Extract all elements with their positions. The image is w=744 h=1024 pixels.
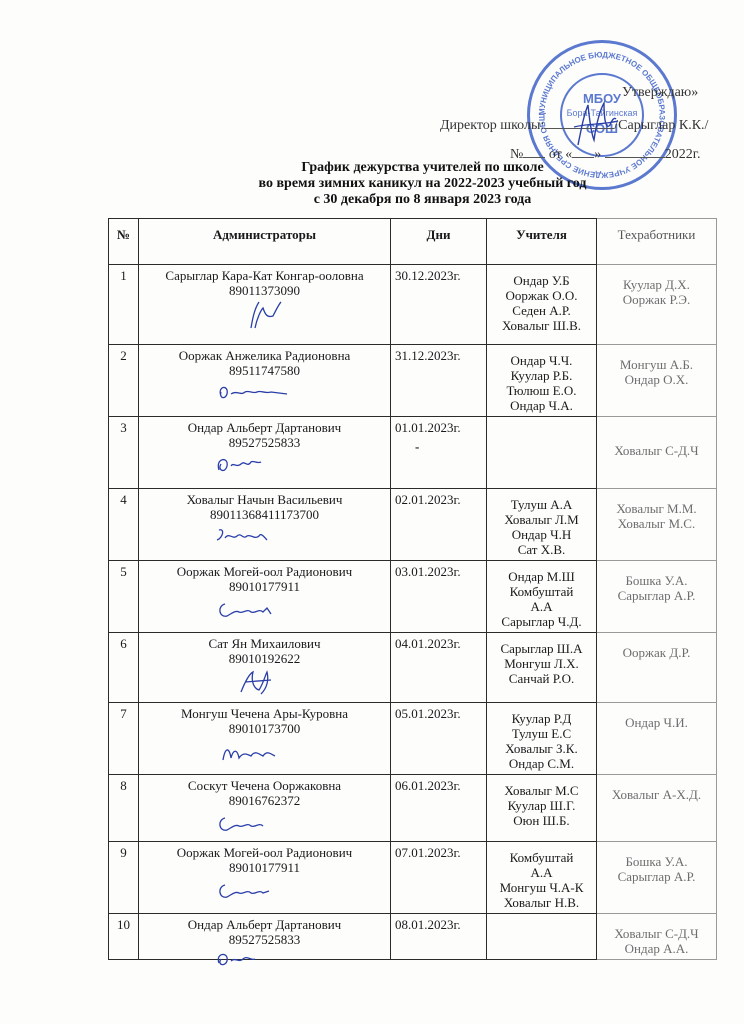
teacher-name: Сат Х.В. [490,542,593,557]
tech-cell: Куулар Д.Х.Ооржак Р.Э. [597,265,717,345]
teacher-name: Ондар У.Б [490,273,593,288]
table-row: 1Сарыглар Кара-Кат Конгар-ооловна8901137… [109,265,717,345]
teacher-name: Ондар Ч.Ч. [490,353,593,368]
day-cell: 06.01.2023г. [391,775,487,842]
tech-worker-name: Ховалыг С-Д.Ч [600,443,713,458]
day-cell: 01.01.2023г.- [391,417,487,489]
admin-signature [142,875,387,905]
duty-date: 30.12.2023г. [395,268,461,283]
admin-cell: Ооржак Могей-оол Радионович89010177911 [139,842,391,914]
teachers-cell: Ховалыг М.СКуулар Ш.Г.Оюн Ш.Б. [487,775,597,842]
duty-date: 05.01.2023г. [395,706,461,721]
admin-signature [142,947,387,951]
admin-signature [142,666,387,696]
tech-worker-name: Ондар О.Х. [600,372,713,387]
teacher-name: А.А [490,599,593,614]
row-number: 9 [109,842,139,914]
tech-worker-name: Бошка У.А. [600,573,713,588]
director-label: Директор школы: [440,118,544,133]
teacher-name: Куулар Ш.Г. [490,798,593,813]
table-row: 4Ховалыг Начын Васильевич890113684111737… [109,489,717,561]
teachers-cell [487,914,597,960]
teacher-name: Ооржак О.О. [490,288,593,303]
tech-cell: Ховалыг А-Х.Д. [597,775,717,842]
admin-signature [142,522,387,552]
admin-cell: Сат Ян Михаилович89010192622 [139,633,391,703]
teachers-cell: Ондар Ч.Ч.Куулар Р.Б.Тюлюш Е.О.Ондар Ч.А… [487,345,597,417]
teachers-cell: КомбуштайА.АМонгуш Ч.А-КХовалыг Н.В. [487,842,597,914]
teacher-name: Тулуш А.А [490,497,593,512]
admin-name: Сарыглар Кара-Кат Конгар-ооловна [142,268,387,283]
teacher-name: Ондар С.М. [490,756,593,771]
approve-label: Утверждаю» [622,85,698,101]
row-number: 7 [109,703,139,775]
tech-cell: Ховалыг М.М.Ховалыг М.С. [597,489,717,561]
admin-signature [142,808,387,838]
order-year: 2022г. [665,147,701,162]
tech-worker-name: Ооржак Р.Э. [600,292,713,307]
admin-cell: Ооржак Анжелика Радионовна89511747580 [139,345,391,417]
row-number: 5 [109,561,139,633]
teachers-cell: Ондар У.БОоржак О.О.Седен А.Р.Ховалыг Ш.… [487,265,597,345]
table-row: 6Сат Ян Михаилович8901019262204.01.2023г… [109,633,717,703]
admin-phone: 89010177911 [142,860,387,875]
teacher-name: Ондар Ч.А. [490,398,593,413]
admin-phone: 89010173700 [142,721,387,736]
day-cell: 31.12.2023г. [391,345,487,417]
admin-name: Ховалыг Начын Васильевич [142,492,387,507]
teachers-cell: Тулуш А.АХовалыг Л.МОндар Ч.НСат Х.В. [487,489,597,561]
tech-cell: Ховалыг С-Д.Ч [597,417,717,489]
admin-name: Ондар Альберт Дартанович [142,917,387,932]
duty-date: 04.01.2023г. [395,636,461,651]
row-number: 10 [109,914,139,960]
day-cell: 03.01.2023г. [391,561,487,633]
table-row: 9Ооржак Могей-оол Радионович890101779110… [109,842,717,914]
day-cell: 04.01.2023г. [391,633,487,703]
teacher-name: Ондар М.Ш [490,569,593,584]
teacher-name: Комбуштай [490,584,593,599]
table-row: 3Ондар Альберт Дартанович8952752583301.0… [109,417,717,489]
tech-worker-name: Монгуш А.Б. [600,357,713,372]
admin-signature [142,378,387,408]
day-cell: 07.01.2023г. [391,842,487,914]
tech-worker-name: Ховалыг М.С. [600,516,713,531]
duty-date: 06.01.2023г. [395,778,461,793]
admin-name: Ооржак Могей-оол Радионович [142,564,387,579]
admin-phone: 89010192622 [142,651,387,666]
admin-name: Ооржак Анжелика Радионовна [142,348,387,363]
admin-cell: Ооржак Могей-оол Радионович89010177911 [139,561,391,633]
teachers-cell [487,417,597,489]
row-number: 6 [109,633,139,703]
teacher-name: Тюлюш Е.О. [490,383,593,398]
teacher-name: Комбуштай [490,850,593,865]
admin-phone: 89011373090 [142,283,387,298]
row-number: 4 [109,489,139,561]
tech-worker-name: Ооржак Д.Р. [600,645,713,660]
teacher-name: Ондар Ч.Н [490,527,593,542]
teachers-cell: Ондар М.ШКомбуштайА.АСарыглар Ч.Д. [487,561,597,633]
admin-signature [142,450,387,480]
tech-worker-name: Куулар Д.Х. [600,277,713,292]
tech-cell: Монгуш А.Б.Ондар О.Х. [597,345,717,417]
admin-cell: Монгуш Чечена Ары-Куровна89010173700 [139,703,391,775]
director-signature [570,95,620,155]
header-admins: Администраторы [139,219,391,265]
tech-cell: Ондар Ч.И. [597,703,717,775]
table-row: 5Ооржак Могей-оол Радионович890101779110… [109,561,717,633]
teacher-name: Оюн Ш.Б. [490,813,593,828]
row-number: 1 [109,265,139,345]
teacher-name: А.А [490,865,593,880]
duty-schedule-table: № Администраторы Дни Учителя Техработник… [108,218,717,960]
teacher-name: Монгуш Л.Х. [490,656,593,671]
teachers-cell: Куулар Р.ДТулуш Е.СХовалыг З.К.Ондар С.М… [487,703,597,775]
tech-cell: Ооржак Д.Р. [597,633,717,703]
header-tech: Техработники [597,219,717,265]
admin-cell: Ховалыг Начын Васильевич8901136841117370… [139,489,391,561]
teacher-name: Ховалыг Л.М [490,512,593,527]
header-teachers: Учителя [487,219,597,265]
table-row: 10Ондар Альберт Дартанович8952752583308.… [109,914,717,960]
tech-worker-name: Бошка У.А. [600,854,713,869]
duty-date: 07.01.2023г. [395,845,461,860]
table-row: 7Монгуш Чечена Ары-Куровна8901017370005.… [109,703,717,775]
admin-signature [142,298,387,328]
title-line-2: во время зимних каникул на 2022-2023 уче… [230,176,615,192]
teacher-name: Ховалыг З.К. [490,741,593,756]
admin-phone: 89011368411173700 [142,507,387,522]
admin-name: Сат Ян Михаилович [142,636,387,651]
admin-phone: 89527525833 [142,435,387,450]
header-days: Дни [391,219,487,265]
tech-worker-name: Ондар Ч.И. [600,715,713,730]
tech-worker-name: Ондар А.А. [600,941,713,956]
admin-cell: Соскут Чечена Ооржаковна89016762372 [139,775,391,842]
tech-worker-name: Сарыглар А.Р. [600,588,713,603]
row-number: 2 [109,345,139,417]
day-cell: 08.01.2023г. [391,914,487,960]
admin-cell: Сарыглар Кара-Кат Конгар-ооловна89011373… [139,265,391,345]
tech-worker-name: Сарыглар А.Р. [600,869,713,884]
duty-date: 08.01.2023г. [395,917,461,932]
teacher-name: Санчай Р.О. [490,671,593,686]
tech-cell: Бошка У.А.Сарыглар А.Р. [597,842,717,914]
admin-signature [142,594,387,624]
teacher-name: Сарыглар Ш.А [490,641,593,656]
tech-worker-name: Ховалыг М.М. [600,501,713,516]
row-number: 8 [109,775,139,842]
teacher-name: Куулар Р.Б. [490,368,593,383]
teacher-name: Ховалыг М.С [490,783,593,798]
teacher-name: Седен А.Р. [490,303,593,318]
day-cell: 05.01.2023г. [391,703,487,775]
admin-name: Монгуш Чечена Ары-Куровна [142,706,387,721]
teachers-cell: Сарыглар Ш.АМонгуш Л.Х.Санчай Р.О. [487,633,597,703]
admin-phone: 89016762372 [142,793,387,808]
tech-worker-name: Ховалыг С-Д.Ч [600,926,713,941]
teacher-name: Куулар Р.Д [490,711,593,726]
document-title: График дежурства учителей по школе во вр… [230,160,615,208]
admin-name: Соскут Чечена Ооржаковна [142,778,387,793]
admin-name: Ондар Альберт Дартанович [142,420,387,435]
title-line-3: с 30 декабря по 8 января 2023 года [230,192,615,208]
duty-date: 03.01.2023г. [395,564,461,579]
day-cell: 30.12.2023г. [391,265,487,345]
table-header-row: № Администраторы Дни Учителя Техработник… [109,219,717,265]
title-line-1: График дежурства учителей по школе [230,160,615,176]
tech-cell: Бошка У.А.Сарыглар А.Р. [597,561,717,633]
date-note: - [395,439,483,454]
teacher-name: Ховалыг Н.В. [490,895,593,910]
table-row: 2Ооржак Анжелика Радионовна8951174758031… [109,345,717,417]
duty-date: 01.01.2023г. [395,420,461,435]
teacher-name: Тулуш Е.С [490,726,593,741]
tech-worker-name: Ховалыг А-Х.Д. [600,787,713,802]
admin-phone: 89511747580 [142,363,387,378]
document-page: МУНИЦИПАЛЬНОЕ БЮДЖЕТНОЕ ОБЩЕОБРАЗОВАТЕЛЬ… [0,0,744,1024]
duty-date: 31.12.2023г. [395,348,461,363]
table-row: 8Соскут Чечена Ооржаковна8901676237206.0… [109,775,717,842]
admin-phone: 89010177911 [142,579,387,594]
admin-cell: Ондар Альберт Дартанович89527525833 [139,417,391,489]
admin-phone: 89527525833 [142,932,387,947]
header-num: № [109,219,139,265]
row-number: 3 [109,417,139,489]
admin-cell: Ондар Альберт Дартанович89527525833 [139,914,391,960]
teacher-name: Ховалыг Ш.В. [490,318,593,333]
day-cell: 02.01.2023г. [391,489,487,561]
duty-date: 02.01.2023г. [395,492,461,507]
director-name: /Сарыглар К.К./ [614,118,708,133]
teacher-name: Сарыглар Ч.Д. [490,614,593,629]
admin-name: Ооржак Могей-оол Радионович [142,845,387,860]
admin-signature [142,736,387,766]
teacher-name: Монгуш Ч.А-К [490,880,593,895]
tech-cell: Ховалыг С-Д.ЧОндар А.А. [597,914,717,960]
